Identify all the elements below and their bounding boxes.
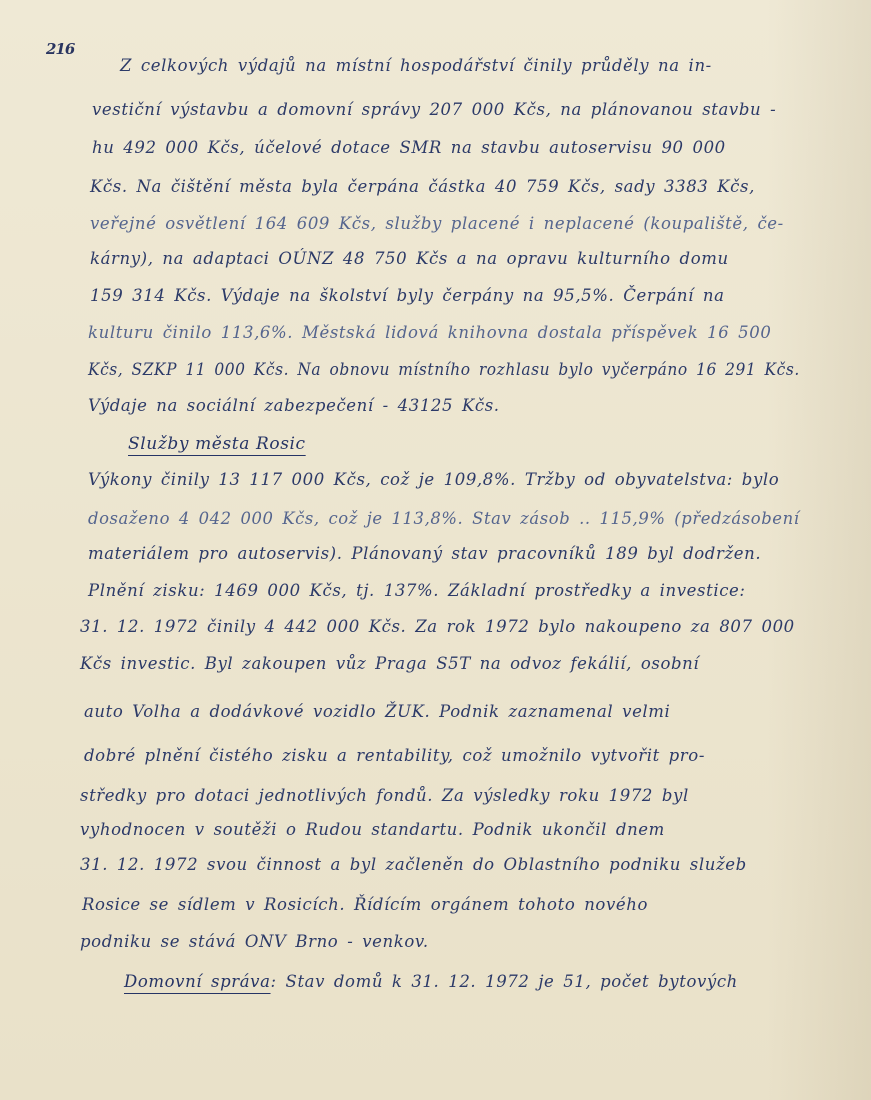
text-line: hu 492 000 Kčs, účelové dotace SMR na st… (92, 138, 726, 157)
text-line: auto Volha a dodávkové vozidlo ŽUK. Podn… (84, 702, 670, 721)
text-line: Kčs, SZKP 11 000 Kčs. Na obnovu místního… (88, 360, 800, 379)
housing-line: Domovní správa: Stav domů k 31. 12. 1972… (124, 972, 738, 991)
text-line: Z celkových výdajů na místní hospodářstv… (120, 56, 712, 75)
text-line: vyhodnocen v soutěži o Rudou standartu. … (80, 820, 665, 839)
page-number: 216 (46, 40, 74, 58)
text-line: materiálem pro autoservis). Plánovaný st… (88, 544, 761, 563)
text-line: dosaženo 4 042 000 Kčs, což je 113,8%. S… (88, 509, 800, 528)
text-line: Kčs investic. Byl zakoupen vůz Praga S5T… (80, 654, 699, 673)
text-line: středky pro dotaci jednotlivých fondů. Z… (80, 786, 689, 805)
text-line: podniku se stává ONV Brno - venkov. (80, 932, 429, 951)
text-line: Plnění zisku: 1469 000 Kčs, tj. 137%. Zá… (88, 581, 746, 600)
handwritten-page: 216 Z celkových výdajů na místní hospodá… (0, 0, 871, 1100)
text-line: Rosice se sídlem v Rosicích. Řídícím org… (82, 895, 648, 914)
text-line: Výdaje na sociální zabezpečení - 43125 K… (88, 396, 500, 415)
text-line: vestiční výstavbu a domovní správy 207 0… (92, 100, 776, 119)
text-line: dobré plnění čistého zisku a rentability… (84, 746, 705, 765)
section-heading-services: Služby města Rosic (128, 434, 306, 454)
section-heading-housing: Domovní správa (124, 972, 271, 991)
text-line: Kčs. Na čištění města byla čerpána částk… (90, 177, 755, 196)
text-line: Výkony činily 13 117 000 Kčs, což je 109… (88, 470, 779, 489)
housing-line-text: : Stav domů k 31. 12. 1972 je 51, počet … (271, 972, 738, 991)
text-line: kárny), na adaptaci OÚNZ 48 750 Kčs a na… (90, 249, 729, 268)
text-line: 31. 12. 1972 činily 4 442 000 Kčs. Za ro… (80, 617, 795, 636)
text-line: kulturu činilo 113,6%. Městská lidová kn… (88, 323, 771, 342)
text-line: veřejné osvětlení 164 609 Kčs, služby pl… (90, 214, 784, 233)
text-line: 159 314 Kčs. Výdaje na školství byly čer… (90, 286, 725, 305)
text-line: 31. 12. 1972 svou činnost a byl začleněn… (80, 855, 747, 874)
